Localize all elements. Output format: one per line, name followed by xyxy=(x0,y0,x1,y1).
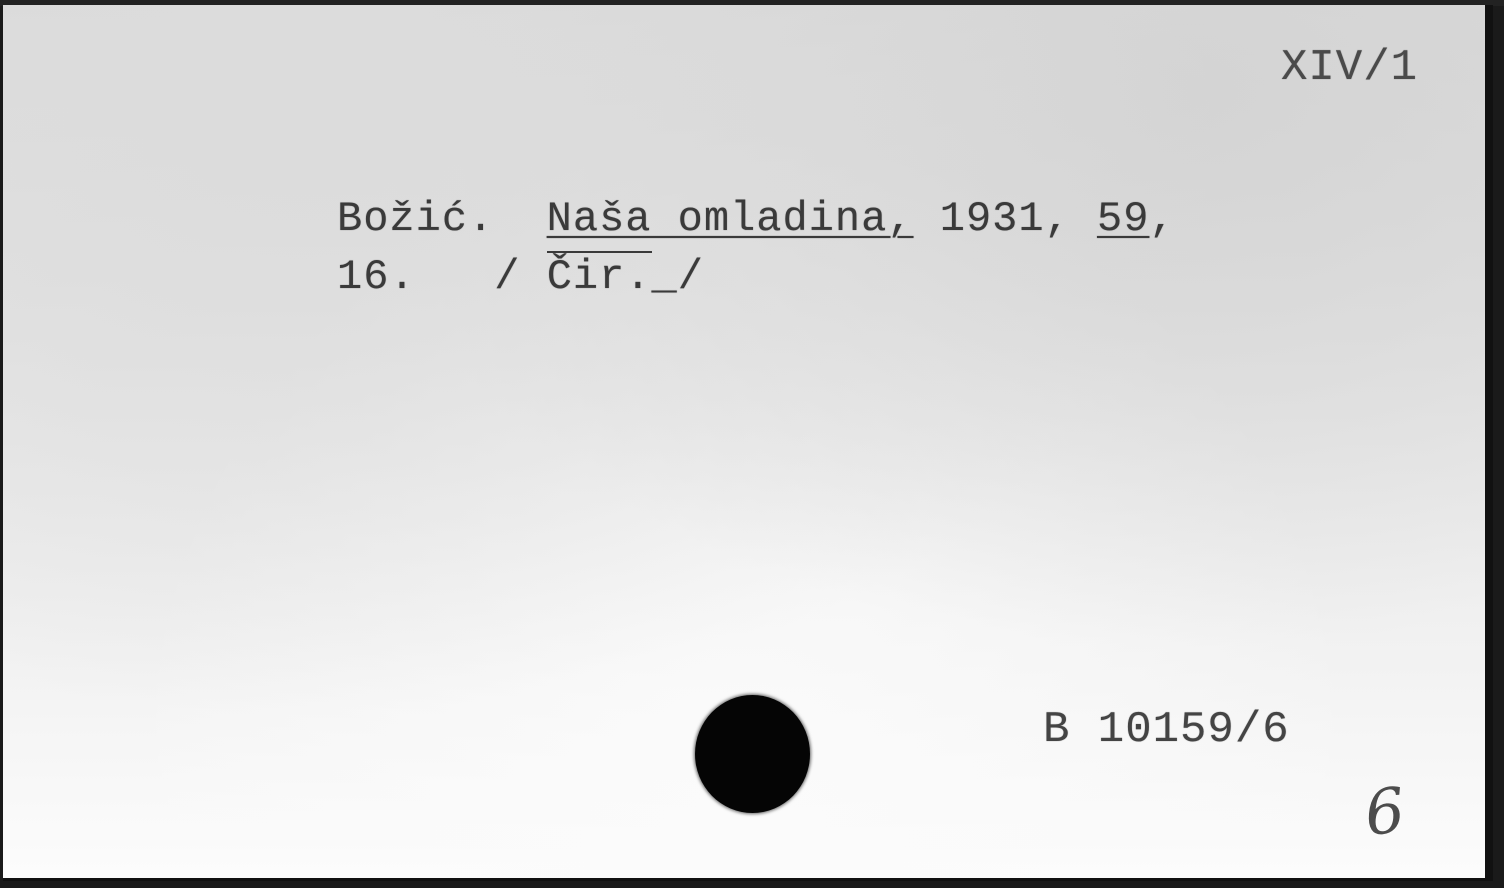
author: Božić. xyxy=(337,195,494,243)
volume: 59 xyxy=(1097,195,1149,243)
punch-hole xyxy=(695,695,810,813)
catalog-card: XIV/1 Božić. Naša omladina, 1931, 59, 16… xyxy=(3,5,1493,881)
script-note: Čir. xyxy=(547,251,652,301)
accession-number: B 10159/6 xyxy=(1043,705,1290,755)
year: 1931, xyxy=(940,195,1071,243)
page-number: 16. xyxy=(337,253,416,301)
handwritten-mark: 6 xyxy=(1361,773,1408,850)
entry-line-1: Božić. Naša omladina, 1931, 59, xyxy=(337,195,1176,243)
script-note-close: _/ xyxy=(652,253,704,301)
volume-suffix: , xyxy=(1149,195,1175,243)
call-number: XIV/1 xyxy=(1281,43,1418,93)
script-note-open: / xyxy=(494,253,520,301)
entry-line-2: 16. / Čir._/ xyxy=(337,251,704,301)
periodical-title: Naša omladina, xyxy=(547,195,914,243)
